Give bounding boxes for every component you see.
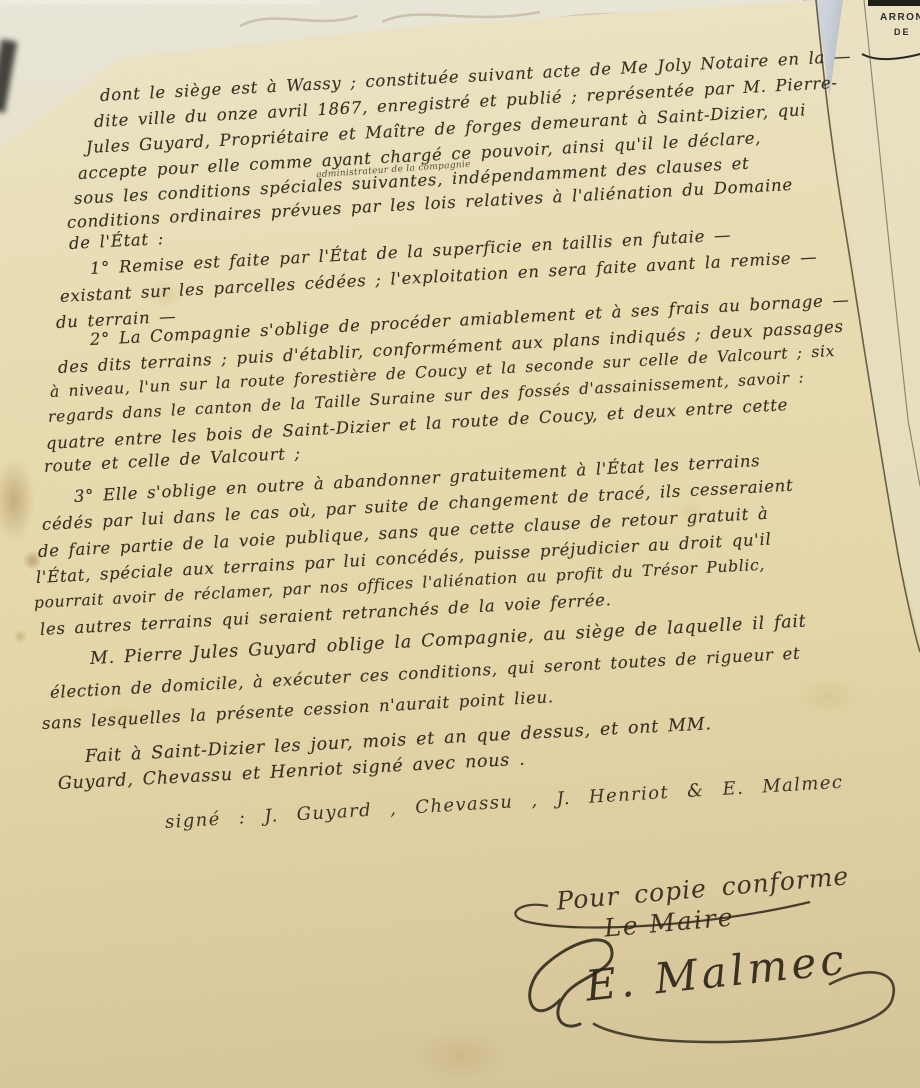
manuscript-line: de l'État : (69, 229, 165, 253)
manuscript-text: dont le siège est à Wassy ; constituée s… (0, 0, 920, 1088)
document-photo: ARRON DE dont le siège est à Wassy ; con… (0, 0, 920, 1088)
